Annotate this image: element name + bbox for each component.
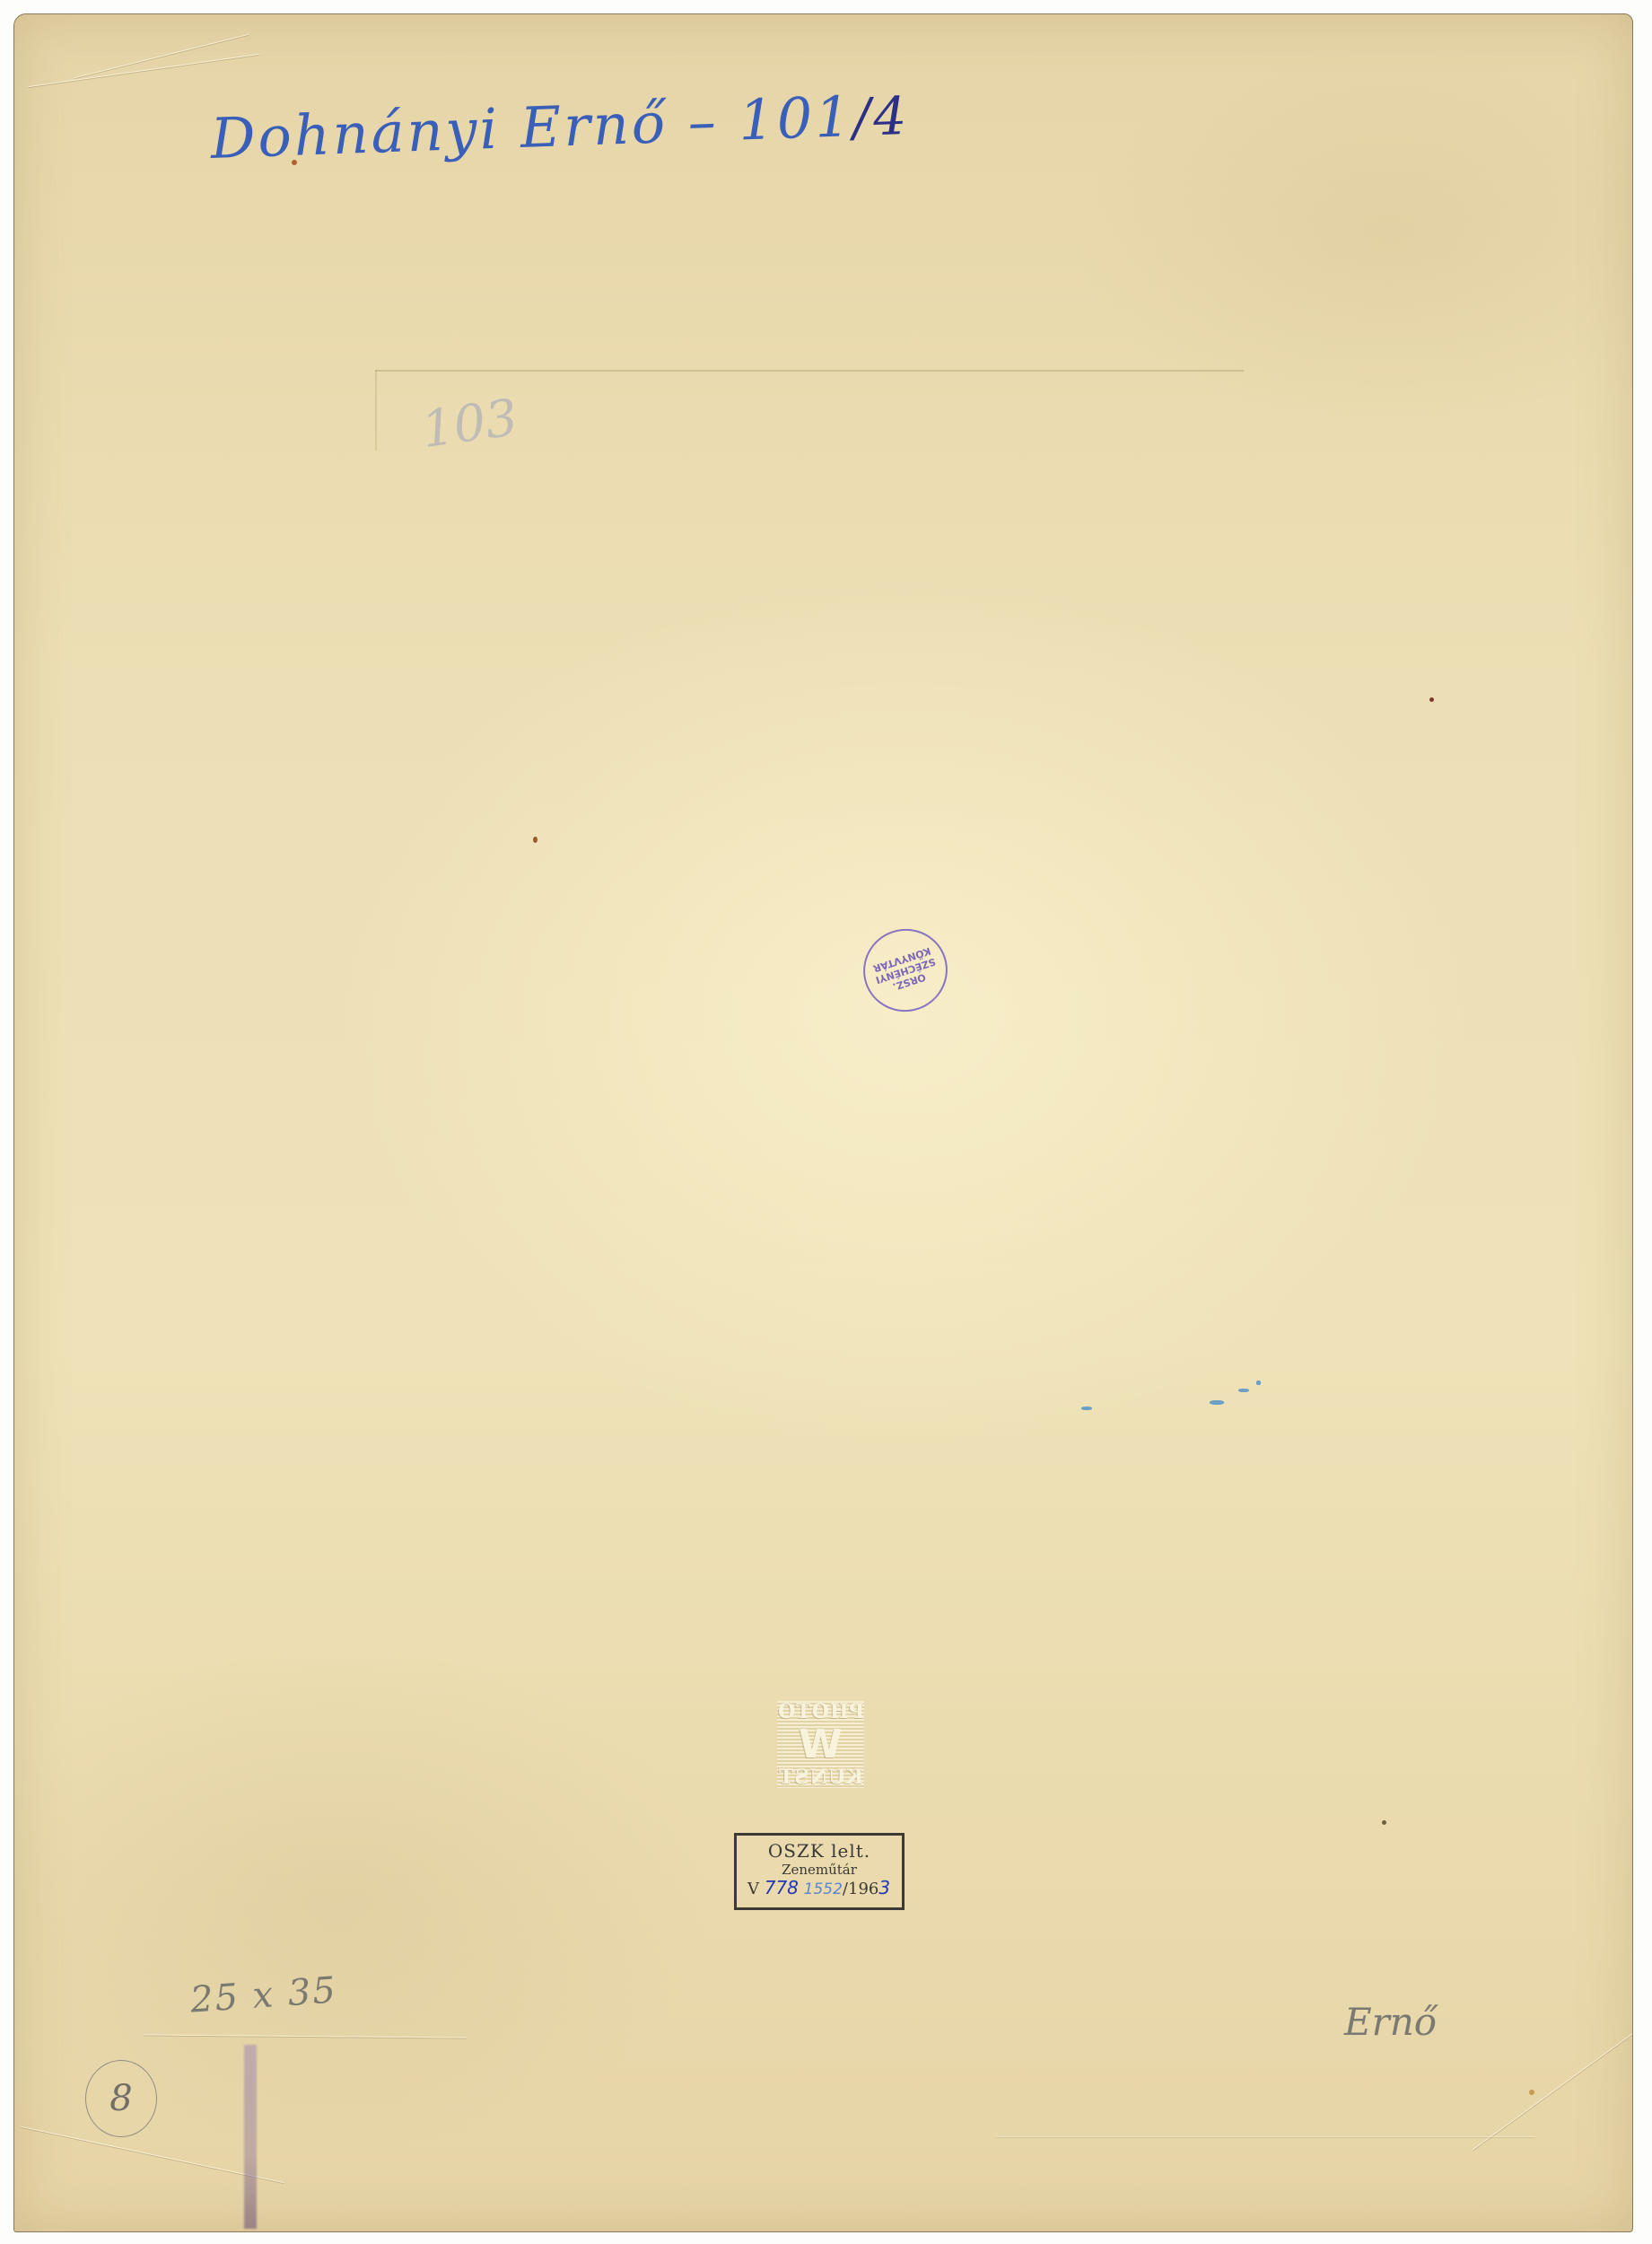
- blue-ink-fleck: [1210, 1400, 1224, 1405]
- rust-spot: [292, 160, 297, 165]
- crease-bottom-band: [996, 2136, 1534, 2137]
- dirt-spot: [1382, 1820, 1386, 1825]
- photographer-blind-emboss: PHOTO W KUNST: [777, 1701, 864, 1788]
- rust-spot: [533, 837, 538, 843]
- emboss-mark: W: [799, 1725, 843, 1765]
- circled-number-text: 8: [109, 2078, 132, 2119]
- pencil-circled-number: 8: [85, 2060, 157, 2137]
- rust-spot: [1429, 697, 1434, 702]
- library-oval-stamp-text: ORSZ. SZÉCHÉNYI KÖNYVTÁR: [870, 944, 941, 997]
- faint-print-outline-side: [375, 370, 377, 451]
- inventory-stamp-line2: Zeneműtár: [737, 1862, 902, 1878]
- handwritten-title-fraction: /4: [852, 85, 910, 148]
- inventory-stamp-line1: OSZK lelt.: [737, 1840, 902, 1862]
- inventory-stamp: OSZK lelt. Zeneműtár V 778 1552/1963: [734, 1833, 905, 1910]
- blue-ink-fleck: [1238, 1389, 1249, 1392]
- inventory-year-stamped: /196: [843, 1880, 878, 1898]
- blue-ink-fleck: [1081, 1407, 1092, 1410]
- emboss-top-text: PHOTO: [777, 1701, 864, 1722]
- purple-ink-streak: [244, 2045, 257, 2229]
- pencil-erno-note: Ernő: [1344, 2000, 1437, 2044]
- faint-print-outline: [375, 370, 1244, 377]
- inventory-stamp-line3: V 778 1552/1963: [737, 1878, 902, 1899]
- stain-spot: [1529, 2090, 1534, 2095]
- emboss-bottom-text: KUNST: [778, 1766, 863, 1788]
- blue-ink-fleck: [1256, 1381, 1261, 1385]
- inventory-shelf-number: 778: [765, 1877, 799, 1898]
- inventory-record-number: 1552: [804, 1880, 843, 1898]
- inventory-year-last-digit: 3: [878, 1877, 890, 1898]
- inventory-prefix: V: [747, 1880, 759, 1898]
